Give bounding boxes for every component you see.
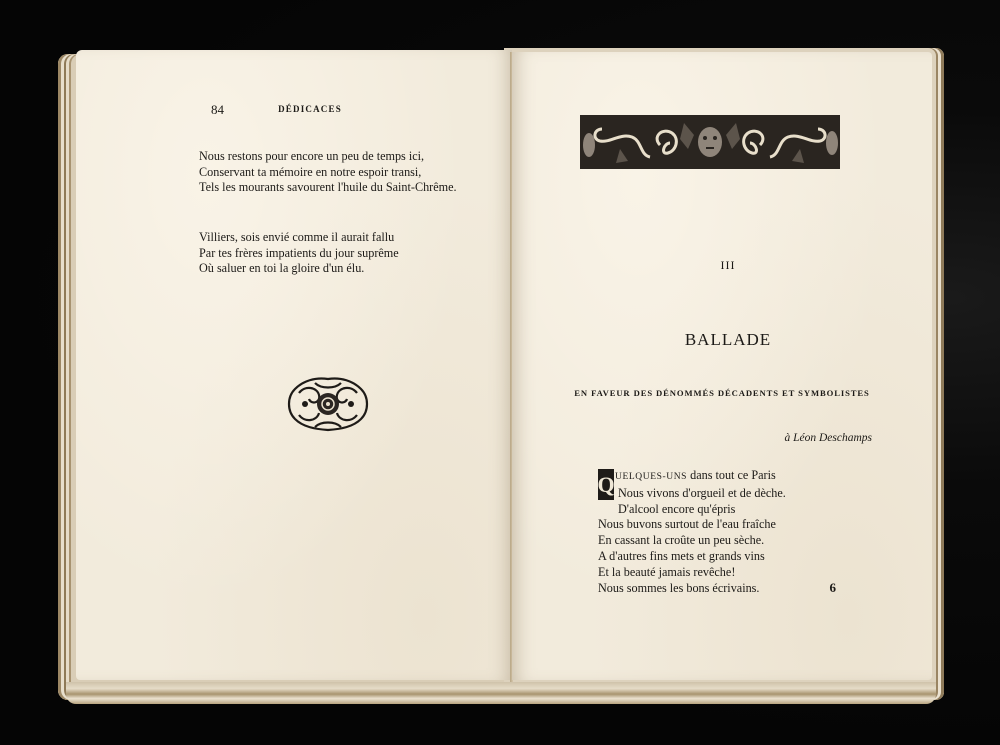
verse-line: Nous buvons surtout de l'eau fraîche (598, 517, 786, 533)
verse-line: Conservant ta mémoire en notre espoir tr… (199, 165, 457, 181)
small-caps-opening: UELQUES-UNS (615, 472, 687, 482)
right-page: III BALLADE EN FAVEUR DES DÉNOMMÉS DÉCAD… (512, 52, 932, 680)
running-title: DÉDICACES (92, 104, 528, 114)
verse-line: Nous vivons d'orgueil et de dèche. (598, 486, 786, 502)
drop-cap-initial: Q (598, 469, 614, 500)
verse-line: Tels les mourants savourent l'huile du S… (199, 180, 457, 196)
first-verse-block: Q UELQUES-UNS dans tout ce Paris Nous vi… (598, 468, 786, 517)
poem-subtitle: EN FAVEUR DES DÉNOMMÉS DÉCADENTS ET SYMB… (512, 388, 932, 398)
verse-line: Villiers, sois envié comme il aurait fal… (199, 230, 399, 246)
headpiece-ornament-icon (580, 115, 840, 169)
verse-line: Et la beauté jamais revêche! (598, 565, 786, 581)
verse-line: En cassant la croûte un peu sèche. (598, 533, 786, 549)
signature-mark: 6 (830, 580, 837, 596)
stanza-1: Nous restons pour encore un peu de temps… (199, 149, 457, 196)
stanza-2: Villiers, sois envié comme il aurait fal… (199, 230, 399, 277)
ballade-stanza: Q UELQUES-UNS dans tout ce Paris Nous vi… (598, 468, 786, 596)
poem-title: BALLADE (518, 330, 938, 350)
vignette-ornament-icon (285, 375, 371, 433)
left-page: 84 DÉDICACES Nous restons pour encore un… (76, 50, 512, 680)
running-head: 84 DÉDICACES (76, 102, 512, 118)
verse-line: A d'autres fins mets et grands vins (598, 549, 786, 565)
verse-line: Où saluer en toi la gloire d'un élu. (199, 261, 399, 277)
verse-line: D'alcool encore qu'épris (598, 502, 786, 518)
open-book: 84 DÉDICACES Nous restons pour encore un… (58, 44, 944, 704)
verse-line: Nous sommes les bons écrivains. (598, 581, 786, 597)
bottom-page-edges (66, 682, 936, 704)
section-number: III (518, 258, 938, 273)
dedication: à Léon Deschamps (784, 432, 872, 444)
verse-line: Nous restons pour encore un peu de temps… (199, 149, 457, 165)
verse-line: Par tes frères impatients du jour suprêm… (199, 246, 399, 262)
verse-line-first: UELQUES-UNS dans tout ce Paris (598, 468, 786, 486)
